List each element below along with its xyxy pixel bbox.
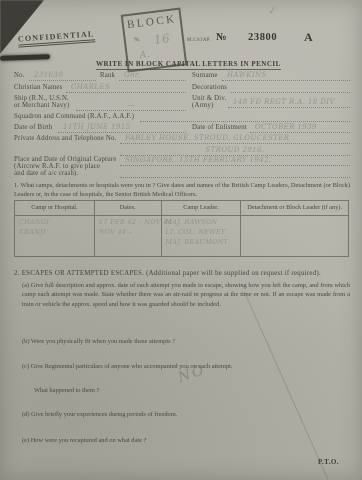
section-2b-text: (b) Were you physically fit when you mad…: [22, 337, 350, 346]
camps-table-cell-leaders: MAJ. RAWSON LT. COL. NEWEY MAJ. BEAUMONT: [162, 216, 242, 256]
camps-table-cell-dates: 17 FEB 42 – NOV 44 NOV 44 –: [95, 216, 162, 256]
section-2a-text: (a) Give full description and approx. da…: [22, 281, 350, 309]
field-christian-names-value: CHARLES: [71, 83, 110, 91]
field-address-value-2: STROUD 2816.: [205, 146, 264, 154]
form-reference-code: M.I.9/JAP.: [187, 38, 211, 43]
camps-table-header-dates: Dates.: [95, 201, 162, 216]
field-address-label: Private Address and Telephone No.: [14, 135, 116, 142]
camps-table-cell-block-leaders: [241, 216, 348, 256]
field-no-value-line: 231630: [29, 70, 96, 81]
field-christian-names-value-line: CHARLES: [66, 82, 186, 93]
field-decorations-value-line: [231, 82, 350, 93]
field-capture-value: SINGAPORE. 15TH FEBRUARY 1942.: [125, 156, 272, 164]
dates-entry: NOV 44 –: [99, 229, 157, 236]
field-rank-value: Gnr.: [124, 71, 141, 79]
camps-table-header-row: Camp or Hospital. Dates. Camp Leader. De…: [15, 201, 348, 216]
field-capture-extra-rule: [120, 167, 350, 178]
field-address-value-1: FARLEY HOUSE, STROUD, GLOUCESTER: [125, 134, 289, 142]
field-capture-value-line: SINGAPORE. 15TH FEBRUARY 1942.: [120, 155, 350, 166]
serial-number: 23800: [248, 32, 277, 43]
field-surname-value: HAWKINS: [227, 71, 267, 79]
camp-entry: CHANGI: [19, 219, 90, 226]
section-2-heading: 2. ESCAPES OR ATTEMPTED ESCAPES. (Additi…: [14, 270, 350, 277]
field-address-value-line1: FARLEY HOUSE, STROUD, GLOUCESTER: [120, 133, 350, 144]
camps-table-header-camp: Camp or Hospital.: [15, 201, 95, 216]
section-2d-text: (d) Give briefly your experiences during…: [22, 410, 350, 419]
field-rank-value-line: Gnr.: [119, 70, 186, 81]
confidential-stamp: CONFIDENTIAL: [18, 29, 95, 47]
field-ship-value-line: —: [76, 100, 186, 111]
field-squadron-label: Squadron and Command (R.A.F., A.A.F.): [14, 113, 134, 120]
series-letter: A: [304, 30, 313, 45]
field-dob-value-line: 11TH JUNE 1915: [58, 122, 186, 133]
leader-entry: MAJ. BEAUMONT: [166, 239, 237, 246]
field-surname-value-line: HAWKINS: [222, 70, 350, 81]
camp-entry: KRANJI: [19, 229, 90, 236]
field-ship-label-line2: or Merchant Navy): [14, 102, 70, 109]
question-1-text: 1. What camps, detachments or hospitals …: [14, 181, 350, 200]
pencil-scribble: ✓: [267, 3, 278, 17]
field-enlistment-value: OCTOBER 1939: [255, 123, 317, 131]
form-instruction-heading: WRITE IN BLOCK CAPITAL LETTERS IN PENCIL: [96, 60, 281, 70]
field-ship-value: —: [127, 101, 134, 109]
field-no-label: No.: [14, 72, 25, 79]
leader-entry: LT. COL. NEWEY: [166, 229, 237, 236]
dates-entry: 17 FEB 42 – NOV 44: [99, 219, 157, 226]
leader-entry: MAJ. RAWSON: [166, 219, 237, 226]
field-unit-div-value-line: 148 FD REGT R.A. 18 DIV.: [228, 97, 350, 108]
field-christian-names-label: Christian Names: [14, 84, 63, 91]
section-2e-text: (e) How were you recaptured and on what …: [22, 436, 350, 445]
field-dob-value: 11TH JUNE 1915: [63, 123, 131, 131]
field-capture-label-line2: (Aircrew R.A.F. to give place: [14, 163, 100, 170]
block-number-handwritten: 16: [153, 31, 171, 47]
serial-no-symbol: №: [216, 32, 227, 43]
field-surname-label: Surname: [192, 72, 218, 79]
field-dob-label: Date of Birth: [14, 124, 52, 131]
section-2c-followup-text: What happened to them ?: [34, 386, 334, 395]
camps-table-header-leader: Camp Leader.: [162, 201, 242, 216]
field-enlistment-value-line: OCTOBER 1939: [250, 122, 350, 133]
block-stamp-word: BLOCK: [123, 13, 180, 32]
field-squadron-value-line: [140, 111, 350, 122]
field-decorations-label: Decorations: [192, 84, 227, 91]
field-capture-label-line1: Place and Date of Original Capture: [14, 156, 117, 163]
camps-table-body: CHANGI KRANJI 17 FEB 42 – NOV 44 NOV 44 …: [15, 216, 348, 256]
pencil-smudge-mark: [0, 54, 50, 61]
field-ship-label-line1: Ship (R.N., U.S.N.: [14, 95, 69, 102]
pto-label: P.T.O.: [318, 458, 339, 466]
camps-table-cell-camps: CHANGI KRANJI: [15, 216, 95, 256]
field-unit-div-value: 148 FD REGT R.A. 18 DIV.: [233, 98, 336, 106]
camps-table-header-block-leader: Detachment or Block Leader (if any).: [241, 201, 348, 216]
field-rank-label: Rank: [100, 72, 115, 79]
field-enlistment-label: Date of Enlistment: [192, 124, 247, 131]
scanned-pow-questionnaire-form: CONFIDENTIAL BLOCK № 16 A. M.I.9/JAP. № …: [0, 0, 362, 480]
camps-table: Camp or Hospital. Dates. Camp Leader. De…: [14, 200, 349, 257]
field-no-value: 231630: [34, 71, 63, 79]
field-unit-div-label-line2: (Army): [192, 102, 214, 109]
block-stamp-no-label: №: [134, 37, 140, 44]
field-capture-label-line3: and date of a/c crash).: [14, 170, 78, 177]
field-unit-div-label-line1: Unit & Div.: [192, 95, 226, 102]
